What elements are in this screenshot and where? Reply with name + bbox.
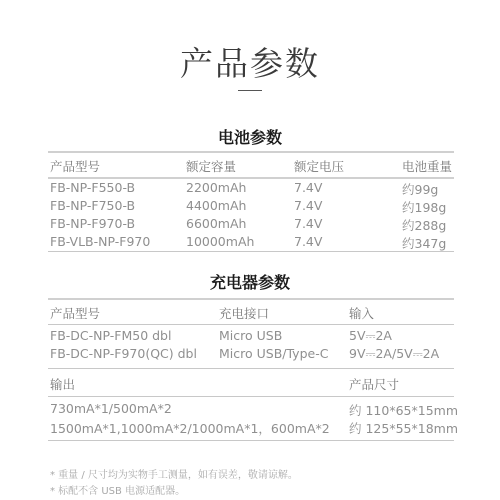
charger-port: Micro USB bbox=[219, 328, 282, 343]
battery-capacity: 2200mAh bbox=[186, 180, 246, 195]
charger-table-bottom-line bbox=[48, 440, 454, 441]
footnote-adapter: * 标配不含 USB 电源适配器。 bbox=[50, 482, 185, 497]
battery-voltage: 7.4V bbox=[294, 216, 322, 231]
battery-table-top-line bbox=[48, 151, 454, 153]
battery-model: FB-NP-F550-B bbox=[50, 180, 135, 195]
charger-header-line bbox=[48, 324, 454, 325]
battery-section-title: 电池参数 bbox=[0, 125, 500, 148]
charger-section-title: 充电器参数 bbox=[0, 270, 500, 293]
page-title: 产品参数 bbox=[0, 38, 500, 85]
battery-capacity: 6600mAh bbox=[186, 216, 246, 231]
charger-header-port: 充电接口 bbox=[219, 304, 269, 322]
battery-voltage: 7.4V bbox=[294, 180, 322, 195]
battery-weight: 约99g bbox=[402, 180, 438, 198]
battery-capacity: 10000mAh bbox=[186, 234, 254, 249]
charger-model: FB-DC-NP-F970(QC) dbl bbox=[50, 346, 197, 361]
charger-input: 9V⎓2A/5V⎓2A bbox=[349, 346, 439, 362]
charger-output: 1500mA*1,1000mA*2/1000mA*1，600mA*2 bbox=[50, 419, 330, 437]
battery-header-capacity: 额定容量 bbox=[186, 157, 236, 175]
charger-table-top-line bbox=[48, 298, 454, 300]
battery-model: FB-NP-F970-B bbox=[50, 216, 135, 231]
charger-port: Micro USB/Type-C bbox=[219, 346, 328, 361]
charger-output: 730mA*1/500mA*2 bbox=[50, 401, 172, 416]
charger-size: 约 125*55*18mm bbox=[349, 419, 458, 437]
battery-model: FB-VLB-NP-F970 bbox=[50, 234, 150, 249]
battery-weight: 约288g bbox=[402, 216, 446, 234]
battery-header-voltage: 额定电压 bbox=[294, 157, 344, 175]
title-divider bbox=[238, 90, 262, 91]
battery-weight: 约198g bbox=[402, 198, 446, 216]
battery-capacity: 4400mAh bbox=[186, 198, 246, 213]
battery-header-weight: 电池重量 bbox=[402, 157, 452, 175]
battery-voltage: 7.4V bbox=[294, 198, 322, 213]
battery-weight: 约347g bbox=[402, 234, 446, 252]
charger-header-output: 输出 bbox=[50, 375, 75, 393]
battery-table-bottom-line bbox=[48, 251, 454, 252]
battery-voltage: 7.4V bbox=[294, 234, 322, 249]
battery-model: FB-NP-F750-B bbox=[50, 198, 135, 213]
charger-size: 约 110*65*15mm bbox=[349, 401, 458, 419]
battery-header-line bbox=[48, 177, 454, 179]
charger-table-mid-line bbox=[48, 368, 454, 369]
charger-header-input: 输入 bbox=[349, 304, 374, 322]
battery-header-model: 产品型号 bbox=[50, 157, 100, 175]
charger-header-size: 产品尺寸 bbox=[349, 375, 399, 393]
footnote-measurement: * 重量 / 尺寸均为实物手工测量，如有误差，敬请谅解。 bbox=[50, 466, 298, 481]
charger-input: 5V⎓2A bbox=[349, 328, 392, 344]
charger-model: FB-DC-NP-FM50 dbl bbox=[50, 328, 171, 343]
charger-header2-line bbox=[48, 396, 454, 397]
charger-header-model: 产品型号 bbox=[50, 304, 100, 322]
